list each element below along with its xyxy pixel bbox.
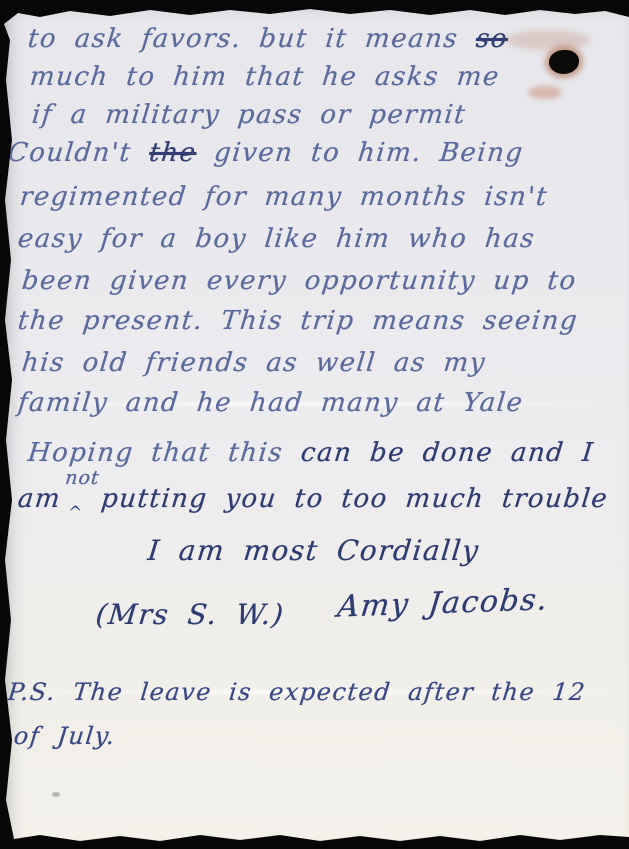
rust-stain [505, 30, 590, 50]
signature-prefix: (Mrs S. W.) [94, 598, 286, 631]
inserted-word-block: not^ [60, 497, 101, 507]
letter-line: easy for a boy like him who has [16, 224, 536, 254]
letter-text: to ask favors. but it means [26, 24, 477, 54]
signature: Amy Jacobs. [336, 582, 551, 624]
letter-line: regimented for many months isn't [18, 182, 549, 212]
closing-text: I am most Cordially [146, 534, 481, 567]
insertion-caret: ^ [67, 503, 85, 523]
letter-text: given to him. Being [195, 138, 525, 168]
letter-text: family and he had many at Yale [16, 388, 525, 418]
pencil-mark [52, 792, 60, 797]
postscript-line: P.S. The leave is expected after the 12 [7, 678, 588, 706]
postscript-text: P.S. The leave is expected after the 12 [7, 678, 588, 706]
letter-text: much to him that he asks me [28, 62, 501, 92]
ink-blot-hole [549, 50, 579, 74]
postscript-line: of July. [13, 722, 118, 750]
letter-line: the present. This trip means seeing [16, 306, 579, 336]
letter-text: the present. This trip means seeing [16, 306, 579, 336]
letter-line: to ask favors. but it means so [26, 24, 509, 54]
letter-text-emphasis: am [16, 484, 62, 514]
letter-line: been given every opportunity up to [20, 266, 578, 296]
struck-word: the [148, 138, 198, 168]
inserted-word: not [64, 467, 101, 489]
letter-text: been given every opportunity up to [20, 266, 578, 296]
postscript-text: of July. [13, 722, 118, 750]
letter-line: amnot^putting you to too much trouble [16, 484, 609, 514]
letter-text: his old friends as well as my [20, 348, 487, 378]
letter-text: regimented for many months isn't [18, 182, 549, 212]
letter-text: Hoping that this [26, 438, 302, 468]
letter-line: his old friends as well as my [20, 348, 487, 378]
letter-text-emphasis: can be done and I [299, 438, 595, 468]
letter-line: much to him that he asks me [28, 62, 501, 92]
letter-paper: to ask favors. but it means so much to h… [0, 0, 629, 849]
letter-text: easy for a boy like him who has [16, 224, 536, 254]
signature-name-text: Amy Jacobs. [336, 582, 551, 624]
letter-line: if a military pass or permit [30, 100, 467, 130]
rust-stain [528, 86, 562, 99]
letter-line: Couldn't the given to him. Being [6, 138, 525, 168]
letter-text-emphasis: putting you to too much trouble [100, 484, 610, 514]
scanned-letter-page: to ask favors. but it means so much to h… [0, 0, 629, 849]
letter-text: Couldn't [6, 138, 151, 168]
closing-line: I am most Cordially [146, 534, 481, 567]
letter-line: family and he had many at Yale [16, 388, 525, 418]
signature-prefix-text: (Mrs S. W.) [94, 598, 286, 631]
letter-line: Hoping that this can be done and I [26, 438, 595, 468]
letter-text: if a military pass or permit [30, 100, 467, 130]
